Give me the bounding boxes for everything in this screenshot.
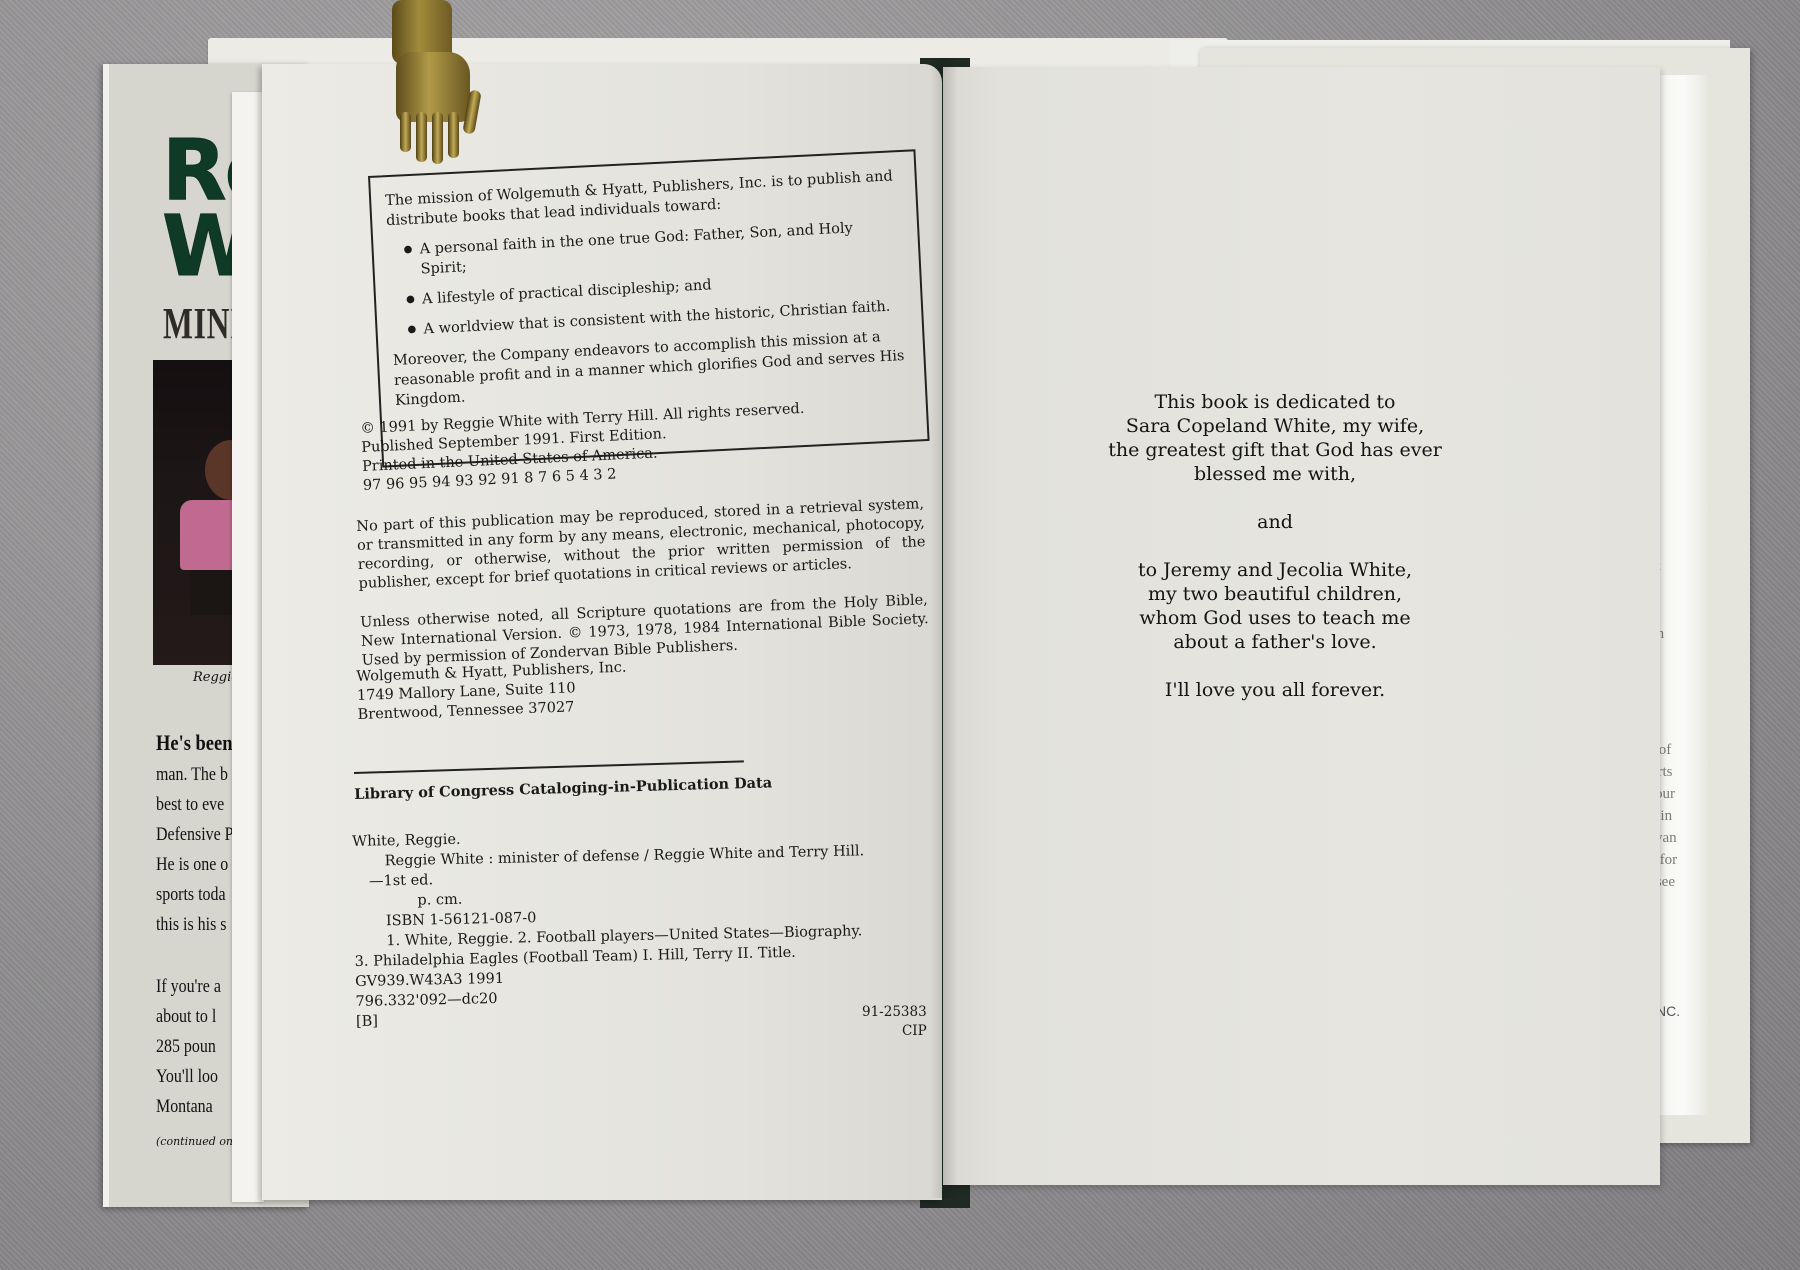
dedication-line: This book is dedicated to (1154, 391, 1395, 413)
cip-record-number: 91-25383 CIP (862, 1003, 927, 1041)
bookmark-finger-icon (432, 112, 443, 164)
mission-bullets: A personal faith in the one true God: Fa… (387, 216, 907, 341)
blurb-line: man. The b (156, 764, 228, 785)
blurb-line: about to l (156, 1006, 216, 1027)
dedication-line: whom God uses to teach me (1139, 607, 1410, 629)
dedication-stanza-1: This book is dedicated to Sara Copeland … (1090, 390, 1460, 486)
blurb-line: best to eve (156, 794, 224, 815)
dedication-stanza-2: to Jeremy and Jecolia White, my two beau… (1090, 558, 1460, 654)
dedication-line: blessed me with, (1194, 463, 1356, 485)
blurb-line: You'll loo (156, 1066, 218, 1087)
lccn: 91-25383 (862, 1003, 927, 1022)
dedication-line: my two beautiful children, (1148, 583, 1402, 605)
front-flap-glare (1658, 75, 1708, 1115)
blurb-line: this is his s (156, 914, 227, 935)
blurb-line: If you're a (156, 976, 221, 997)
dedication-text: This book is dedicated to Sara Copeland … (1090, 390, 1460, 726)
continued-note: (continued on b (156, 1135, 244, 1148)
dedication-line: Sara Copeland White, my wife, (1126, 415, 1424, 437)
blurb-line: He is one o (156, 854, 228, 875)
dedication-line: about a father's love. (1173, 631, 1376, 653)
gutter-shadow (930, 58, 958, 1198)
blurb-line: sports toda (156, 884, 226, 905)
blurb-line: Defensive P (156, 824, 234, 845)
blurb-line: Montana (156, 1096, 213, 1117)
page-block-edge (232, 92, 264, 1202)
dedication-line: to Jeremy and Jecolia White, (1138, 559, 1412, 581)
cip-record: White, Reggie. Reggie White : minister o… (352, 820, 916, 1032)
cip-tag: CIP (862, 1022, 927, 1041)
dedication-line: the greatest gift that God has ever (1108, 439, 1442, 461)
dedication-closing: I'll love you all forever. (1090, 678, 1460, 702)
bookmark-finger-icon (448, 112, 459, 158)
blurb-line: 285 poun (156, 1036, 216, 1057)
bookmark-finger-icon (400, 112, 411, 152)
dedication-conjunction: and (1090, 510, 1460, 534)
bookmark-finger-icon (416, 112, 427, 162)
